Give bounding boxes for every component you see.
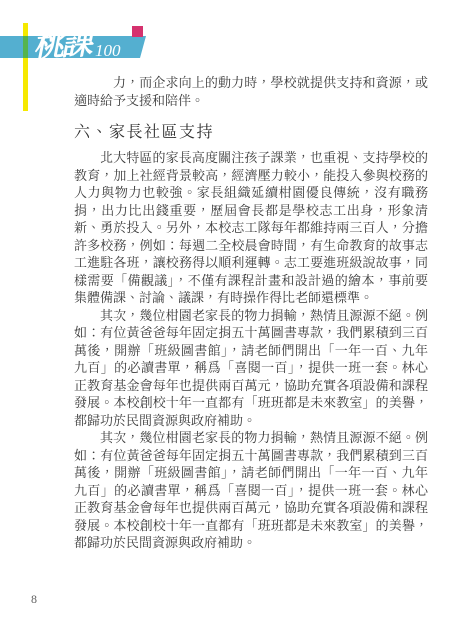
page-content: 力，而企求向上的動力時，學校就提供支持和資源，或適時給予支援和陪伴。 六、家長社… [74,74,428,552]
body-paragraph: 其次，幾位柑園老家長的物力捐輸，熱情且源源不絕。例如：有位黃爸爸每年固定捐五十萬… [74,429,428,552]
accent-square-icon [132,26,143,37]
book-page: 桃課 100 力，而企求向上的動力時，學校就提供支持和資源，或適時給予支援和陪伴… [0,0,462,640]
intro-continuation-paragraph: 力，而企求向上的動力時，學校就提供支持和資源，或適時給予支援和陪伴。 [74,74,428,109]
section-heading: 六、家長社區支持 [74,122,428,143]
body-paragraph: 其次，幾位柑園老家長的物力捐輸，熱情且源源不絕。例如：有位黃爸爸每年固定捐五十萬… [74,307,428,430]
header-banner [0,36,146,58]
body-paragraph: 北大特區的家長高度關注孩子課業，也重視、支持學校的教育，加上社經背景較高，經濟壓… [74,149,428,307]
page-number: 8 [31,592,37,607]
bar-banner-overlap-segment [23,36,28,58]
